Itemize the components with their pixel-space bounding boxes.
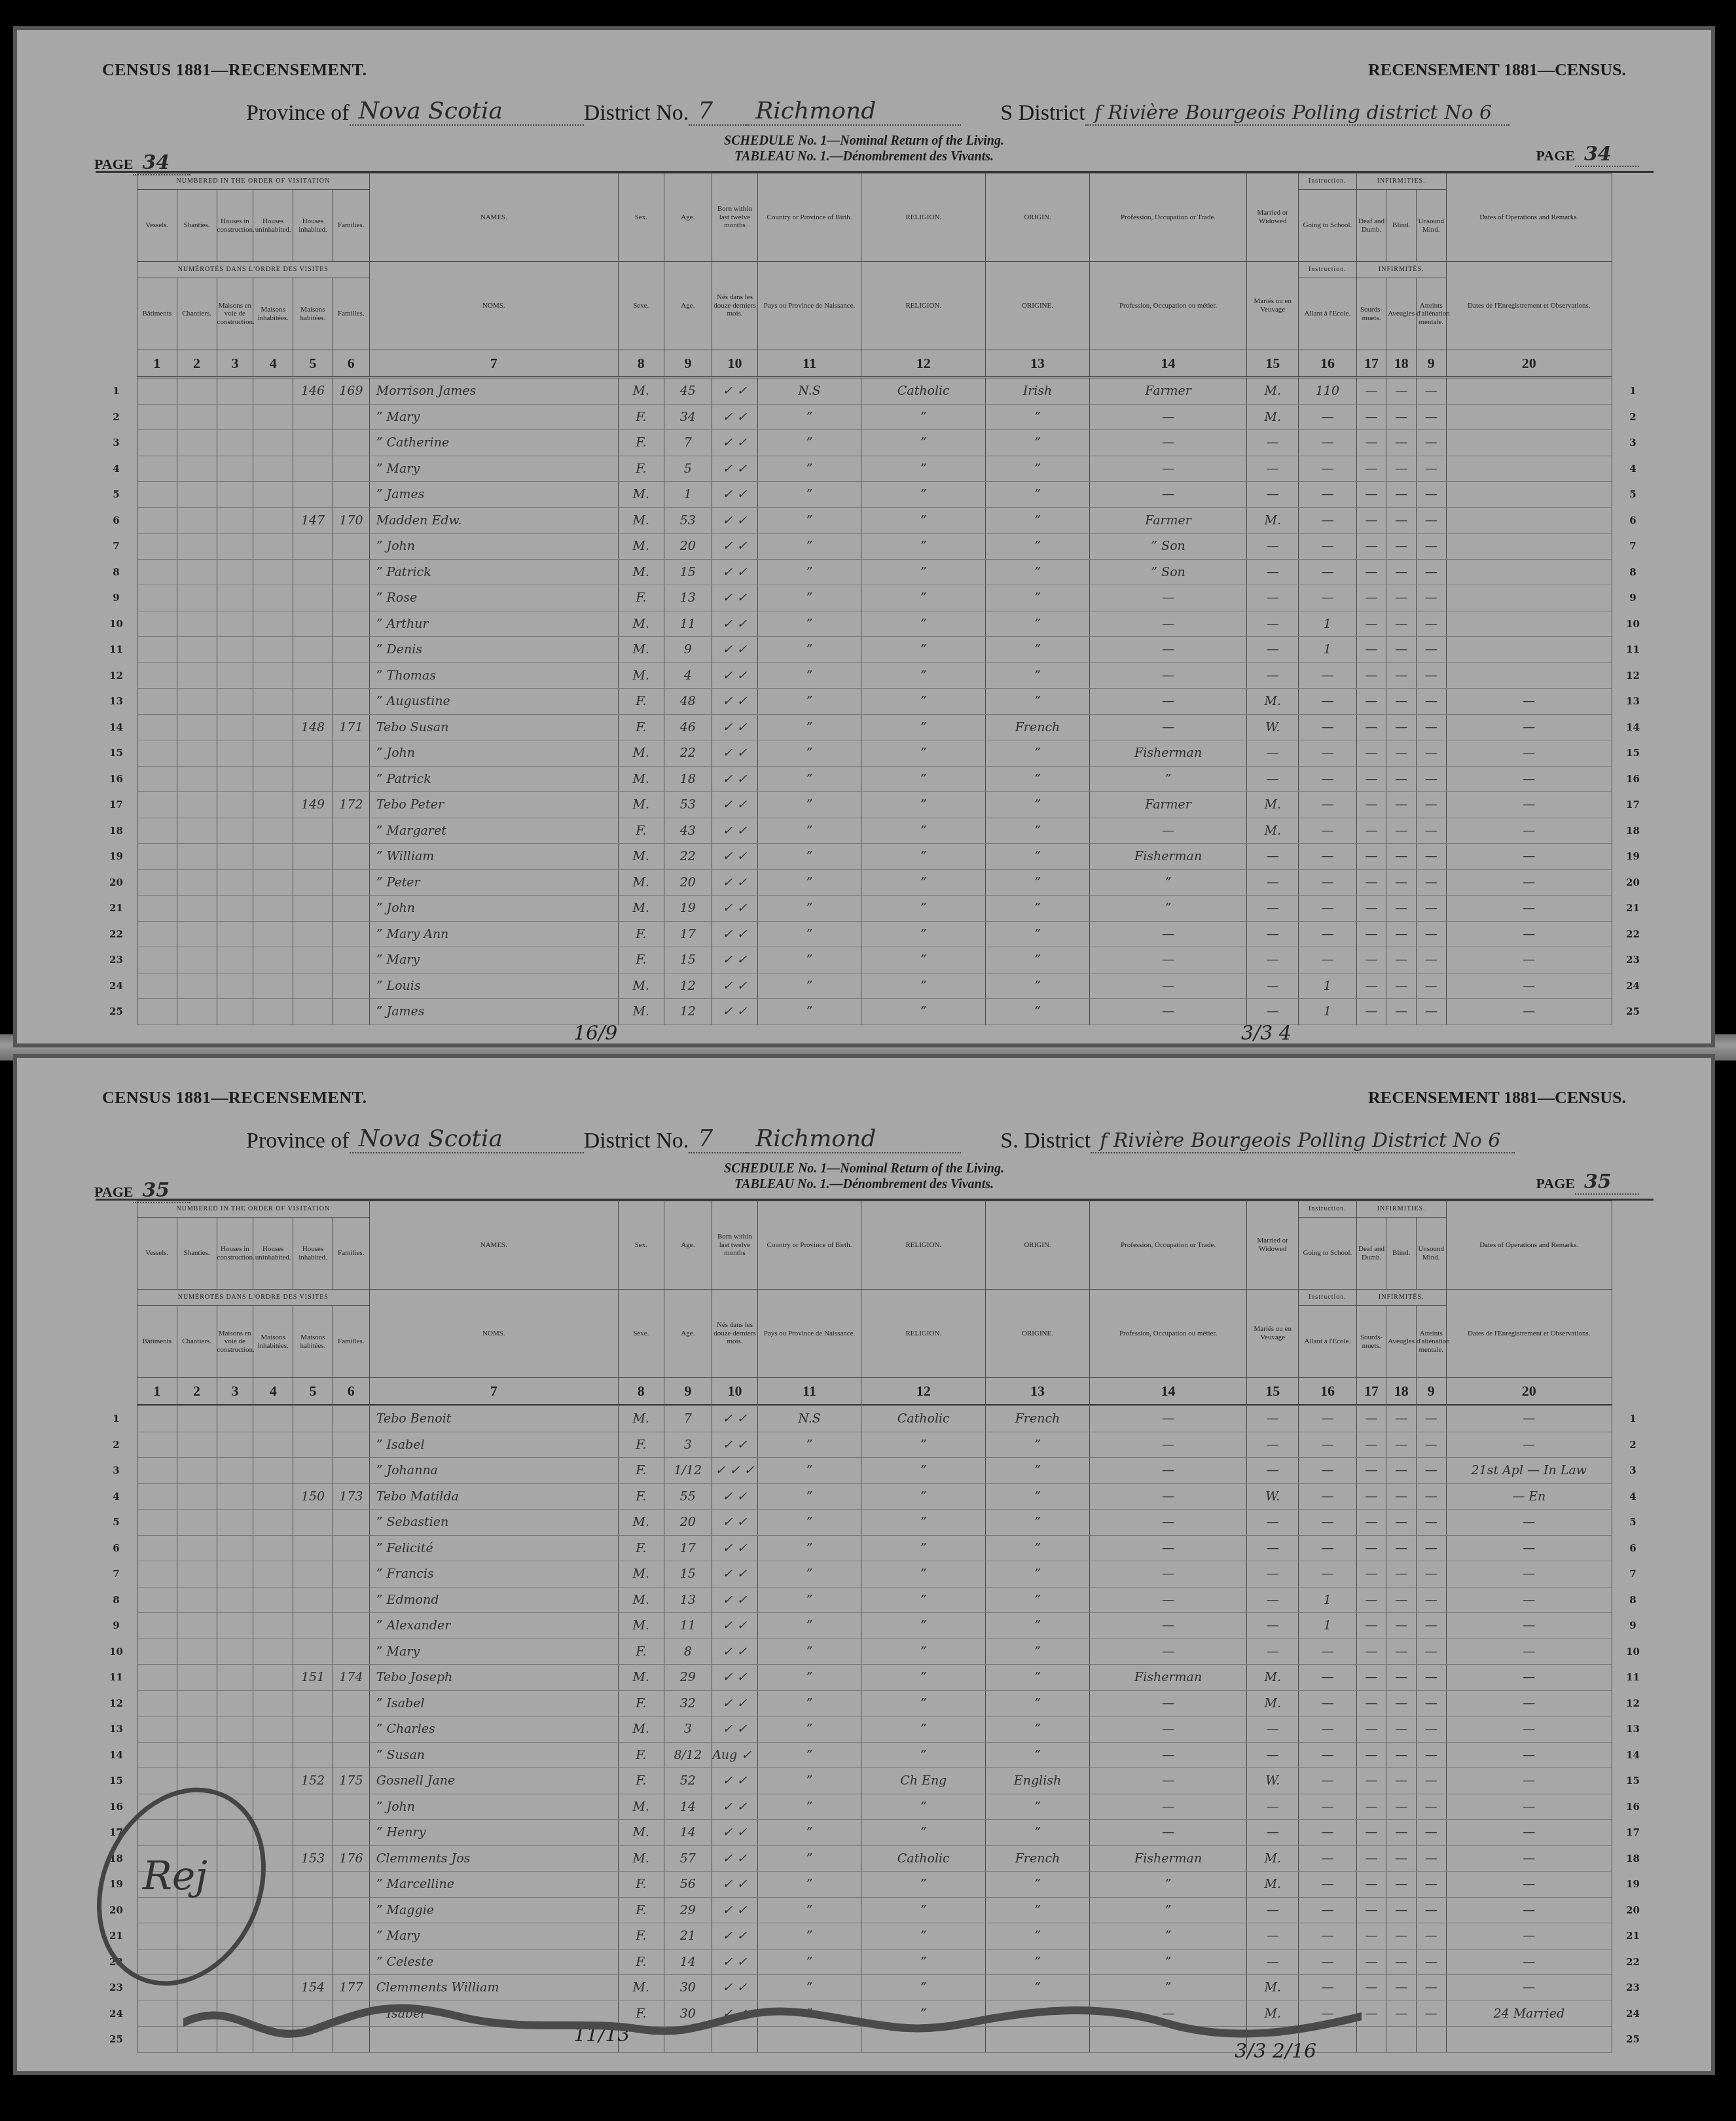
blind: —: [1386, 1483, 1417, 1510]
born-last-12-months: ✓ ✓: [712, 378, 758, 405]
house-number: [293, 404, 333, 430]
sex: M.: [618, 559, 664, 585]
age: 11: [664, 1613, 712, 1639]
house-number: [293, 1561, 333, 1587]
going-to-school: —: [1299, 507, 1357, 534]
born-last-12-months: ✓ ✓: [712, 1820, 758, 1846]
family-number: [333, 585, 369, 611]
table-row: 18” MargaretF.43✓ ✓”””—M.—————18: [96, 818, 1654, 844]
blind: —: [1386, 1690, 1417, 1716]
remarks: — En: [1446, 1483, 1612, 1510]
blind: —: [1386, 689, 1417, 715]
row-number: 8: [96, 1587, 137, 1613]
born-last-12-months: ✓ ✓: [712, 611, 758, 637]
remarks: —: [1446, 921, 1612, 947]
house-number: [293, 1742, 333, 1768]
col-header-en: Shanties.: [177, 190, 217, 262]
house-number: [293, 921, 333, 947]
going-to-school: 1: [1299, 1587, 1357, 1613]
col-header-en: Age.: [664, 173, 712, 262]
row-number: 3: [96, 1458, 137, 1484]
row-number-right: 13: [1612, 1716, 1654, 1743]
row-number: 6: [96, 507, 137, 534]
person-name: Gosnell Jane: [369, 1768, 618, 1794]
marital-status: M.: [1247, 1872, 1299, 1898]
born-last-12-months: ✓ ✓: [712, 1483, 758, 1510]
age: 22: [664, 844, 712, 870]
blind: —: [1386, 1716, 1417, 1743]
group-header-en: NUMBERED IN THE ORDER OF VISITATION: [137, 1201, 369, 1218]
going-to-school: 1: [1299, 637, 1357, 663]
unsound-mind: —: [1416, 1897, 1446, 1923]
religion: ”: [861, 1820, 986, 1846]
sdistrict-label: S District: [1000, 101, 1085, 126]
deaf-dumb: —: [1356, 766, 1386, 792]
blind: —: [1386, 1458, 1417, 1484]
age: 46: [664, 714, 712, 740]
blind: —: [1386, 1510, 1417, 1536]
religion: ”: [861, 1561, 986, 1587]
remarks: 24 Married: [1446, 2001, 1612, 2027]
row-number: 10: [96, 1639, 137, 1665]
born-last-12-months: ✓ ✓: [712, 792, 758, 818]
col-header-fr: Sexe.: [618, 262, 664, 350]
house-number: [293, 637, 333, 663]
marital-status: —: [1247, 637, 1299, 663]
row-number-right: 18: [1612, 818, 1654, 844]
occupation: —: [1089, 1768, 1247, 1794]
person-name: ” James: [369, 999, 618, 1025]
house-number: [293, 662, 333, 689]
deaf-dumb: —: [1356, 1794, 1386, 1820]
row-number: 4: [96, 1483, 137, 1510]
col-header-fr: Atteints d'aliénation mentale.: [1416, 278, 1446, 350]
col-number: 11: [757, 1378, 861, 1405]
province-value: Nova Scotia: [350, 1125, 584, 1153]
blind: —: [1386, 896, 1417, 922]
col-number: 17: [1356, 1378, 1386, 1405]
person-name: ” Mary: [369, 1639, 618, 1665]
infirmities-header-fr: INFIRMITÉS.: [1356, 1290, 1446, 1306]
sex: M.: [618, 1716, 664, 1743]
going-to-school: —: [1299, 404, 1357, 430]
deaf-dumb: —: [1356, 1510, 1386, 1536]
row-number-right: 3: [1612, 1458, 1654, 1484]
marital-status: —: [1247, 1897, 1299, 1923]
blind: —: [1386, 637, 1417, 663]
table-row: 15152175Gosnell JaneF.52✓ ✓”Ch EngEnglis…: [96, 1768, 1654, 1794]
going-to-school: 1: [1299, 999, 1357, 1025]
row-number-right: 25: [1612, 999, 1654, 1025]
going-to-school: —: [1299, 689, 1357, 715]
occupation: —: [1089, 585, 1247, 611]
religion: Catholic: [861, 378, 986, 405]
remarks: [1446, 456, 1612, 482]
family-number: [333, 896, 369, 922]
remarks: —: [1446, 1432, 1612, 1458]
col-header-en: Married or Widowed: [1247, 173, 1299, 262]
remarks: —: [1446, 1510, 1612, 1536]
age: 8: [664, 1639, 712, 1665]
remarks: —: [1446, 1405, 1612, 1432]
family-number: [333, 1587, 369, 1613]
row-number: 24: [96, 2001, 137, 2027]
table-row: 5” JamesM.1✓ ✓”””——————5: [96, 482, 1654, 508]
row-number-right: 13: [1612, 689, 1654, 715]
blind: —: [1386, 559, 1417, 585]
birthplace: ”: [757, 844, 861, 870]
age: 48: [664, 689, 712, 715]
blind: —: [1386, 818, 1417, 844]
age: 55: [664, 1483, 712, 1510]
going-to-school: —: [1299, 947, 1357, 973]
col-header-fr: ORIGINE.: [986, 262, 1089, 350]
born-last-12-months: ✓ ✓: [712, 430, 758, 456]
row-number-right: 14: [1612, 714, 1654, 740]
row-number: 16: [96, 766, 137, 792]
religion: ”: [861, 559, 986, 585]
sex: F.: [618, 714, 664, 740]
occupation: ”: [1089, 1872, 1247, 1898]
unsound-mind: —: [1416, 534, 1446, 560]
age: 13: [664, 1587, 712, 1613]
deaf-dumb: —: [1356, 818, 1386, 844]
remarks: —: [1446, 1794, 1612, 1820]
birthplace: ”: [757, 534, 861, 560]
row-number: 16: [96, 1794, 137, 1820]
born-last-12-months: ✓ ✓: [712, 740, 758, 767]
going-to-school: —: [1299, 1820, 1357, 1846]
religion: ”: [861, 1975, 986, 2001]
unsound-mind: —: [1416, 999, 1446, 1025]
table-row: 3” JohannaF.1/12✓ ✓ ✓”””——————21st Apl —…: [96, 1458, 1654, 1484]
origin: ”: [986, 1949, 1089, 1975]
census-title-right: RECENSEMENT 1881—CENSUS.: [1368, 1088, 1626, 1108]
col-header-fr: Nés dans les douze derniers mois.: [712, 262, 758, 350]
house-number: [293, 1923, 333, 1949]
table-row: 11151174Tebo JosephM.29✓ ✓”””FishermanM.…: [96, 1665, 1654, 1691]
col-number: 11: [757, 350, 861, 378]
age: 45: [664, 378, 712, 405]
col-header-fr: RELIGION.: [861, 262, 986, 350]
origin: ”: [986, 611, 1089, 637]
origin: ”: [986, 947, 1089, 973]
family-number: [333, 973, 369, 999]
unsound-mind: —: [1416, 1768, 1446, 1794]
occupation: Fisherman: [1089, 844, 1247, 870]
marital-status: —: [1247, 1639, 1299, 1665]
census-title-right: RECENSEMENT 1881—CENSUS.: [1368, 60, 1626, 80]
birthplace: ”: [757, 1690, 861, 1716]
occupation: —: [1089, 714, 1247, 740]
row-number: 13: [96, 1716, 137, 1743]
sex: F.: [618, 947, 664, 973]
occupation: —: [1089, 921, 1247, 947]
table-row: 12” ThomasM.4✓ ✓”””——————12: [96, 662, 1654, 689]
occupation: —: [1089, 637, 1247, 663]
col-header-en: Sex.: [618, 1201, 664, 1290]
col-number: 13: [986, 350, 1089, 378]
family-number: 170: [333, 507, 369, 534]
religion: ”: [861, 973, 986, 999]
row-number: 19: [96, 844, 137, 870]
col-number: 9: [664, 1378, 712, 1405]
sex: F.: [618, 430, 664, 456]
birthplace: ”: [757, 1820, 861, 1846]
blind: —: [1386, 404, 1417, 430]
marital-status: —: [1247, 973, 1299, 999]
origin: ”: [986, 1742, 1089, 1768]
house-number: [293, 869, 333, 896]
house-number: [293, 1587, 333, 1613]
col-number: 2: [177, 1378, 217, 1405]
birthplace: ”: [757, 999, 861, 1025]
table-row: 7” FrancisM.15✓ ✓”””———————7: [96, 1561, 1654, 1587]
blind: —: [1386, 1949, 1417, 1975]
going-to-school: —: [1299, 740, 1357, 767]
house-number: [293, 482, 333, 508]
origin: ”: [986, 792, 1089, 818]
blind: [1386, 2027, 1417, 2053]
remarks: —: [1446, 1949, 1612, 1975]
sex: M.: [618, 896, 664, 922]
table-row: 9” RoseF.13✓ ✓”””——————9: [96, 585, 1654, 611]
blind: —: [1386, 1665, 1417, 1691]
age: 14: [664, 1820, 712, 1846]
origin: ”: [986, 689, 1089, 715]
birthplace: ”: [757, 947, 861, 973]
born-last-12-months: ✓ ✓: [712, 896, 758, 922]
family-number: [333, 689, 369, 715]
origin: ”: [986, 921, 1089, 947]
blind: —: [1386, 430, 1417, 456]
born-last-12-months: ✓ ✓: [712, 1872, 758, 1898]
col-header-fr: Maisons en voie de construction.: [217, 278, 253, 350]
col-header-en: Deaf and Dumb.: [1356, 1218, 1386, 1290]
col-number: 18: [1386, 350, 1417, 378]
row-number-right: 1: [1612, 378, 1654, 405]
origin: ”: [986, 1665, 1089, 1691]
page-number-right: PAGE35: [1536, 1170, 1639, 1195]
col-header-fr: Allant à l'Ecole.: [1299, 1306, 1357, 1378]
occupation: ” Son: [1089, 559, 1247, 585]
occupation: —: [1089, 1742, 1247, 1768]
table-row: 5” SebastienM.20✓ ✓”””———————5: [96, 1510, 1654, 1536]
row-number: 22: [96, 921, 137, 947]
deaf-dumb: —: [1356, 1820, 1386, 1846]
person-name: ” Louis: [369, 973, 618, 999]
family-number: [333, 1432, 369, 1458]
religion: Ch Eng: [861, 1768, 986, 1794]
family-number: [333, 1794, 369, 1820]
house-number: [293, 999, 333, 1025]
unsound-mind: —: [1416, 585, 1446, 611]
house-number: [293, 585, 333, 611]
age: 30: [664, 1975, 712, 2001]
house-number: 146: [293, 378, 333, 405]
birthplace: ”: [757, 1535, 861, 1561]
marital-status: W.: [1247, 714, 1299, 740]
blind: —: [1386, 921, 1417, 947]
unsound-mind: —: [1416, 482, 1446, 508]
col-number: 12: [861, 350, 986, 378]
religion: ”: [861, 1483, 986, 1510]
age: 20: [664, 1510, 712, 1536]
religion: ”: [861, 1794, 986, 1820]
birthplace: ”: [757, 507, 861, 534]
deaf-dumb: —: [1356, 1716, 1386, 1743]
family-number: [333, 1923, 369, 1949]
marital-status: —: [1247, 1949, 1299, 1975]
col-header-fr: Mariés ou en Veuvage: [1247, 262, 1299, 350]
going-to-school: —: [1299, 844, 1357, 870]
birthplace: ”: [757, 921, 861, 947]
deaf-dumb: —: [1356, 1613, 1386, 1639]
family-number: [333, 611, 369, 637]
unsound-mind: —: [1416, 1639, 1446, 1665]
unsound-mind: —: [1416, 1561, 1446, 1587]
blind: —: [1386, 1768, 1417, 1794]
table-row: 6” FelicitéF.17✓ ✓”””———————6: [96, 1535, 1654, 1561]
unsound-mind: —: [1416, 1510, 1446, 1536]
occupation: —: [1089, 973, 1247, 999]
origin: ”: [986, 1561, 1089, 1587]
row-number: 9: [96, 1613, 137, 1639]
schedule-title-fr: TABLEAU No. 1.—Dénombrement des Vivants.: [17, 149, 1711, 164]
marital-status: —: [1247, 1432, 1299, 1458]
born-last-12-months: ✓ ✓: [712, 1587, 758, 1613]
going-to-school: —: [1299, 869, 1357, 896]
birthplace: ”: [757, 1639, 861, 1665]
religion: ”: [861, 662, 986, 689]
religion: ”: [861, 689, 986, 715]
col-header-en: Families.: [333, 1218, 369, 1290]
sex: F.: [618, 921, 664, 947]
age: 29: [664, 1897, 712, 1923]
col-header-en: Married or Widowed: [1247, 1201, 1299, 1290]
remarks: 21st Apl — In Law: [1446, 1458, 1612, 1484]
occupation: Fisherman: [1089, 1845, 1247, 1872]
blind: —: [1386, 1845, 1417, 1872]
family-number: [333, 740, 369, 767]
age: 53: [664, 507, 712, 534]
table-row: 20” PeterM.20✓ ✓””””——————20: [96, 869, 1654, 896]
family-number: [333, 1510, 369, 1536]
remarks: [1446, 637, 1612, 663]
religion: ”: [861, 844, 986, 870]
unsound-mind: —: [1416, 1794, 1446, 1820]
sex: F.: [618, 1483, 664, 1510]
unsound-mind: [1416, 2027, 1446, 2053]
col-number: 7: [369, 350, 618, 378]
col-header-en: Houses in construction.: [217, 190, 253, 262]
origin: ”: [986, 1897, 1089, 1923]
deaf-dumb: —: [1356, 662, 1386, 689]
person-name: ” Catherine: [369, 430, 618, 456]
origin: ”: [986, 1613, 1089, 1639]
marital-status: —: [1247, 611, 1299, 637]
row-number-right: 8: [1612, 559, 1654, 585]
origin: ”: [986, 1690, 1089, 1716]
remarks: —: [1446, 740, 1612, 767]
person-name: Clemments William: [369, 1975, 618, 2001]
row-number-right: 24: [1612, 2001, 1654, 2027]
person-name: ” Felicité: [369, 1535, 618, 1561]
age: 21: [664, 1923, 712, 1949]
remarks: —: [1446, 714, 1612, 740]
birthplace: ”: [757, 766, 861, 792]
row-number-right: 9: [1612, 585, 1654, 611]
col-header-en: Houses inhabited.: [293, 190, 333, 262]
col-number: 5: [293, 1378, 333, 1405]
occupation: —: [1089, 1510, 1247, 1536]
schedule-title-en: SCHEDULE No. 1—Nominal Return of the Liv…: [17, 1161, 1711, 1176]
occupation: ”: [1089, 869, 1247, 896]
row-number-right: 16: [1612, 1794, 1654, 1820]
row-number: 12: [96, 1690, 137, 1716]
row-number-right: 17: [1612, 792, 1654, 818]
family-number: [333, 869, 369, 896]
occupation: —: [1089, 456, 1247, 482]
col-header-fr: Pays ou Province de Naissance.: [757, 1290, 861, 1378]
unsound-mind: —: [1416, 1483, 1446, 1510]
district-no-value: 7: [689, 1125, 746, 1153]
going-to-school: —: [1299, 482, 1357, 508]
col-number: 20: [1446, 1378, 1612, 1405]
col-header-en: NAMES.: [369, 1201, 618, 1290]
row-number-right: 6: [1612, 1535, 1654, 1561]
origin: ”: [986, 869, 1089, 896]
row-number-right: 16: [1612, 766, 1654, 792]
blind: —: [1386, 792, 1417, 818]
col-header-fr: Age.: [664, 262, 712, 350]
religion: ”: [861, 404, 986, 430]
col-header-en: Deaf and Dumb.: [1356, 190, 1386, 262]
instruction-header: Instruction.: [1299, 173, 1357, 190]
remarks: —: [1446, 1897, 1612, 1923]
house-number: [293, 1432, 333, 1458]
birthplace: ”: [757, 792, 861, 818]
age: 57: [664, 1845, 712, 1872]
row-number-right: 21: [1612, 896, 1654, 922]
age: 12: [664, 973, 712, 999]
deaf-dumb: —: [1356, 1923, 1386, 1949]
sex: M.: [618, 1665, 664, 1691]
sex: M.: [618, 999, 664, 1025]
remarks: —: [1446, 1845, 1612, 1872]
going-to-school: —: [1299, 1949, 1357, 1975]
family-number: [333, 1690, 369, 1716]
remarks: —: [1446, 947, 1612, 973]
unsound-mind: —: [1416, 766, 1446, 792]
going-to-school: 1: [1299, 973, 1357, 999]
deaf-dumb: —: [1356, 404, 1386, 430]
col-header-en: Houses uninhabited.: [253, 1218, 293, 1290]
occupation: —: [1089, 1432, 1247, 1458]
row-number-right: 23: [1612, 947, 1654, 973]
house-number: [293, 1949, 333, 1975]
origin: ”: [986, 585, 1089, 611]
col-header-fr: Sourds-muets.: [1356, 278, 1386, 350]
born-last-12-months: ✓ ✓: [712, 1535, 758, 1561]
sex: M.: [618, 534, 664, 560]
family-number: [333, 947, 369, 973]
person-name: ” Mary: [369, 456, 618, 482]
row-number-right: 8: [1612, 1587, 1654, 1613]
house-number: [293, 611, 333, 637]
row-number: 21: [96, 896, 137, 922]
age: 1/12: [664, 1458, 712, 1484]
